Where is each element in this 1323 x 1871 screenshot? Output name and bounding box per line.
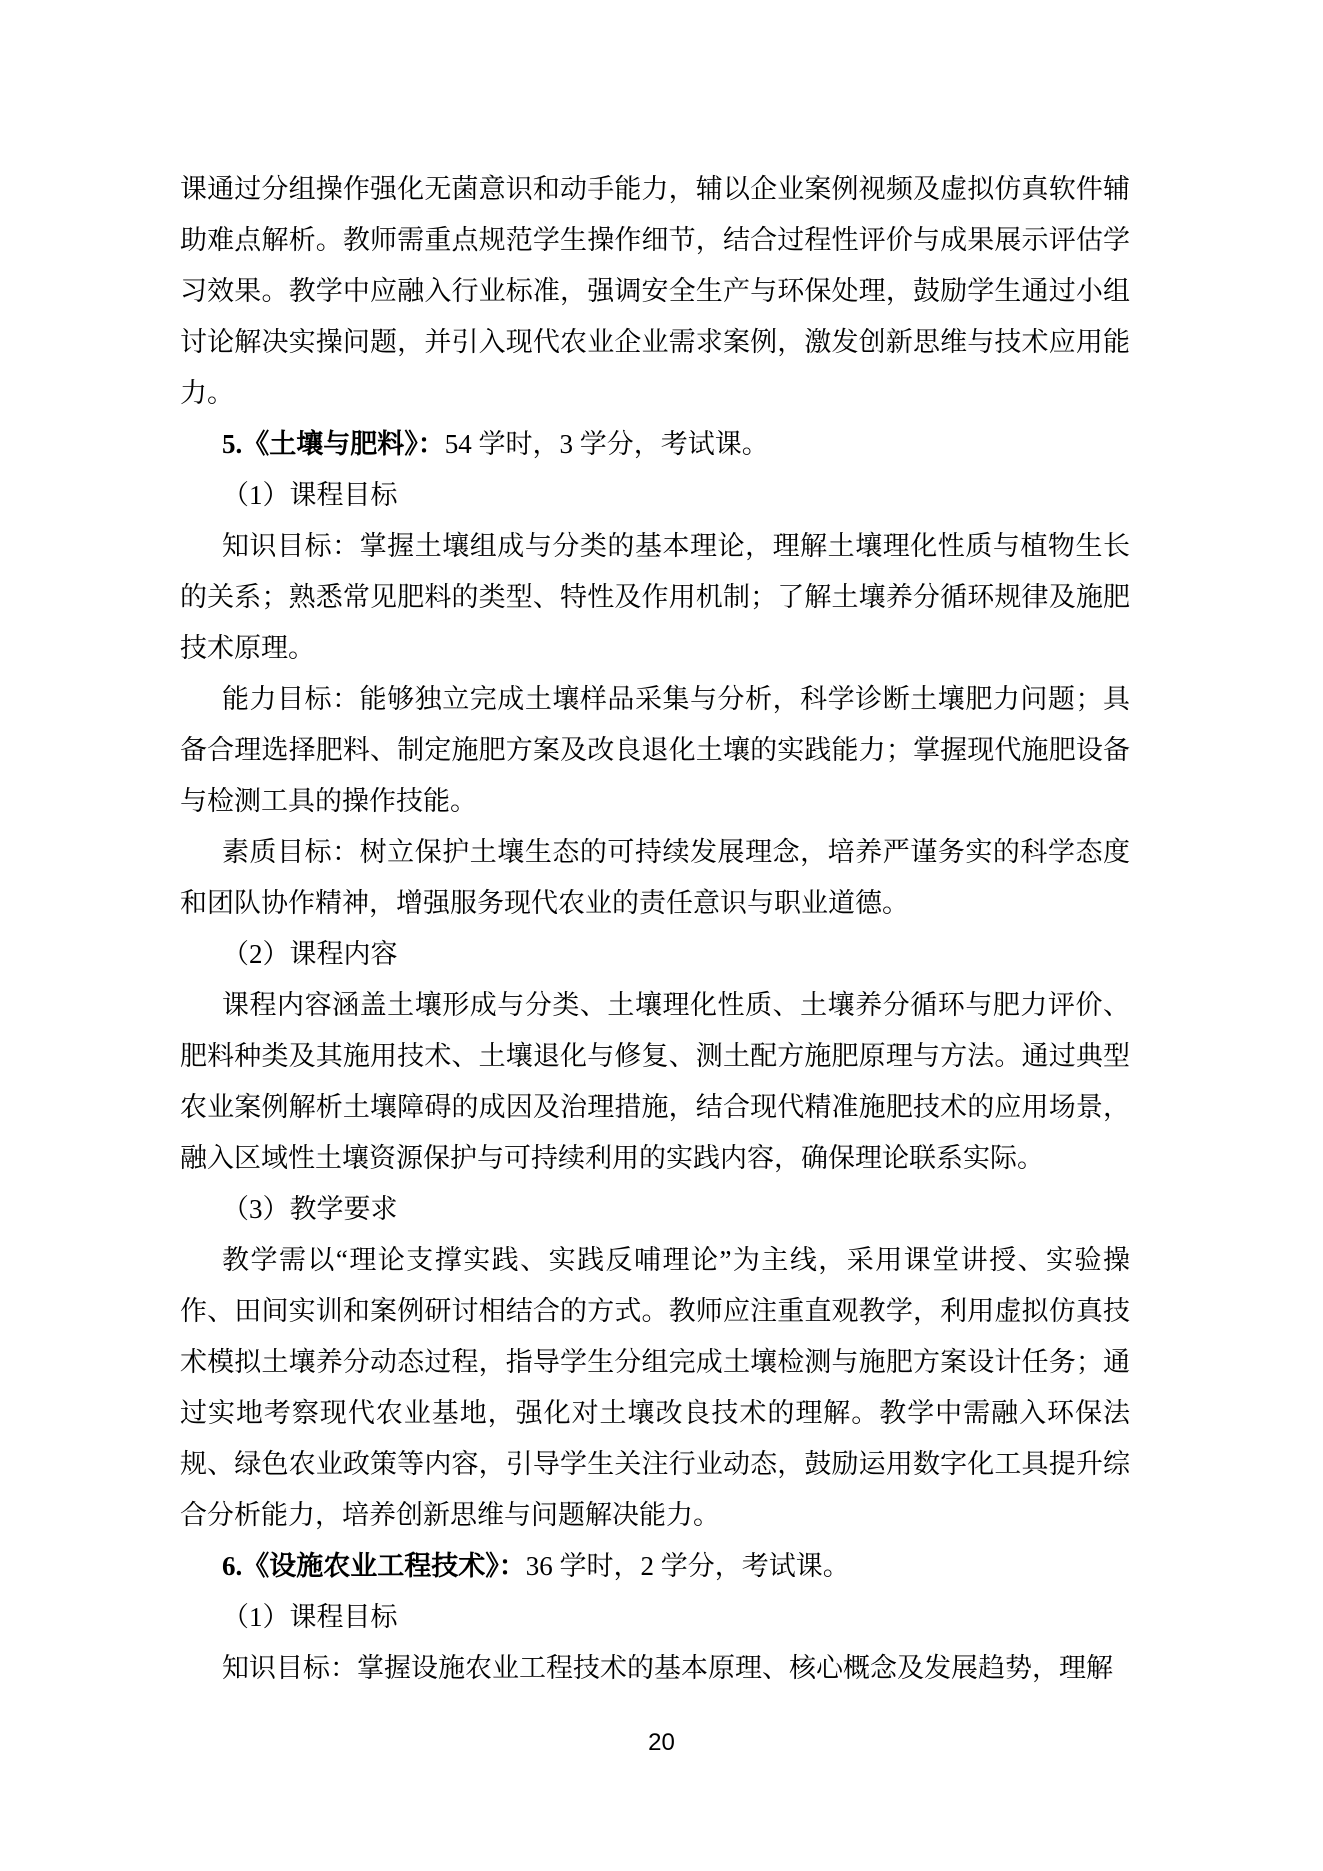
course-5-title: 5.《土壤与肥料》： xyxy=(222,429,445,459)
page-body: 课通过分组操作强化无菌意识和动手能力，辅以企业案例视频及虚拟仿真软件辅助难点解析… xyxy=(180,164,1130,1694)
course-6-title: 6.《设施农业工程技术》： xyxy=(222,1551,526,1581)
paragraph-continued-from-previous-page: 课通过分组操作强化无菌意识和动手能力，辅以企业案例视频及虚拟仿真软件辅助难点解析… xyxy=(180,164,1130,419)
course-5-section-1-title: （1）课程目标 xyxy=(180,470,1130,521)
course-5-ability-objectives-paragraph: 能力目标：能够独立完成土壤样品采集与分析，科学诊断土壤肥力问题；具备合理选择肥料… xyxy=(180,674,1130,827)
course-5-knowledge-objectives-paragraph: 知识目标：掌握土壤组成与分类的基本理论，理解土壤理化性质与植物生长的关系；熟悉常… xyxy=(180,521,1130,674)
course-6-heading-detail: 36 学时，2 学分，考试课。 xyxy=(526,1551,850,1581)
course-5-heading: 5.《土壤与肥料》：54 学时，3 学分，考试课。 xyxy=(180,419,1130,470)
document-page: 课通过分组操作强化无菌意识和动手能力，辅以企业案例视频及虚拟仿真软件辅助难点解析… xyxy=(0,0,1323,1871)
course-5-teaching-requirements-paragraph: 教学需以“理论支撑实践、实践反哺理论”为主线，采用课堂讲授、实验操作、田间实训和… xyxy=(180,1235,1130,1541)
course-5-section-3-title: （3）教学要求 xyxy=(180,1184,1130,1235)
course-6-heading: 6.《设施农业工程技术》：36 学时，2 学分，考试课。 xyxy=(180,1541,1130,1592)
course-5-heading-detail: 54 学时，3 学分，考试课。 xyxy=(445,429,769,459)
course-5-content-paragraph: 课程内容涵盖土壤形成与分类、土壤理化性质、土壤养分循环与肥力评价、肥料种类及其施… xyxy=(180,980,1130,1184)
course-5-quality-objectives-paragraph: 素质目标：树立保护土壤生态的可持续发展理念，培养严谨务实的科学态度和团队协作精神… xyxy=(180,827,1130,929)
page-number: 20 xyxy=(0,1728,1323,1758)
course-5-section-2-title: （2）课程内容 xyxy=(180,929,1130,980)
course-6-section-1-title: （1）课程目标 xyxy=(180,1592,1130,1643)
course-6-knowledge-objectives-paragraph: 知识目标：掌握设施农业工程技术的基本原理、核心概念及发展趋势，理解 xyxy=(180,1643,1130,1694)
